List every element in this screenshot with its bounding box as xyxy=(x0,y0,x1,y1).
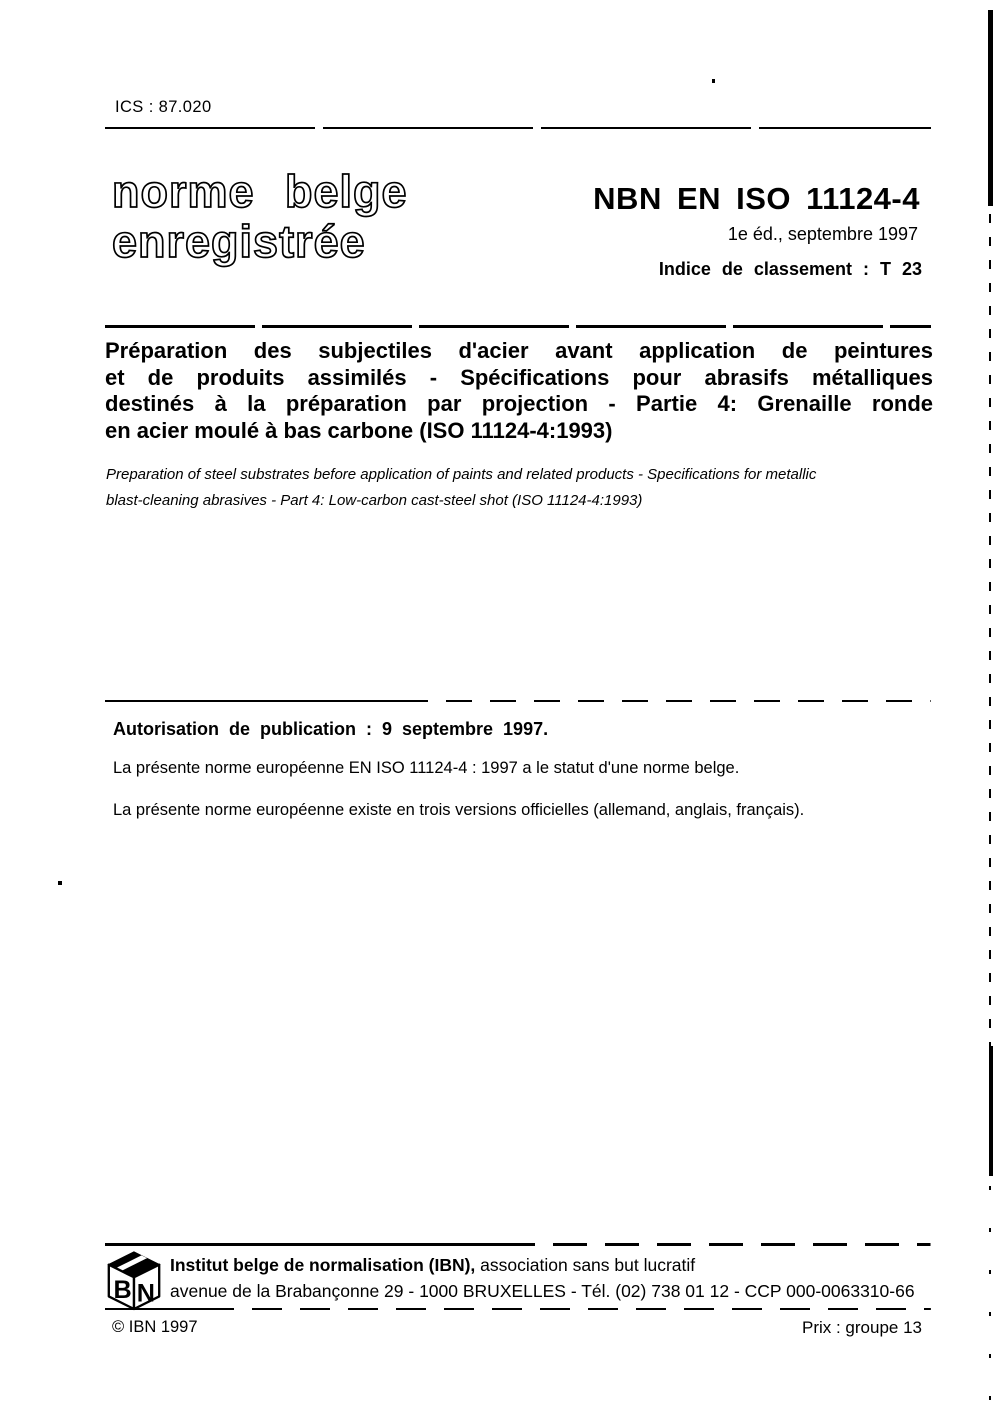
divider-authorization xyxy=(105,700,931,702)
title-english-line: blast-cleaning abrasives - Part 4: Low-c… xyxy=(106,488,956,514)
divider-footer-bottom xyxy=(105,1308,931,1310)
title-english: Preparation of steel substrates before a… xyxy=(106,462,956,514)
versions-note: La présente norme européenne existe en t… xyxy=(113,801,804,820)
price-group: Prix : groupe 13 xyxy=(802,1318,922,1338)
scan-edge-dashes-bottom xyxy=(989,1186,991,1400)
title-french-line: destinés à la préparation par projection… xyxy=(105,391,933,418)
classification-index: Indice de classement : T 23 xyxy=(659,259,922,280)
scan-edge-dashes xyxy=(989,214,991,1046)
scan-speck xyxy=(58,881,62,885)
status-note: La présente norme européenne EN ISO 1112… xyxy=(113,759,739,778)
scan-speck xyxy=(712,79,715,83)
title-french: Préparation des subjectiles d'acier avan… xyxy=(105,338,933,444)
scan-edge-bar-top xyxy=(988,10,993,206)
authorization-line: Autorisation de publication : 9 septembr… xyxy=(113,719,548,740)
institute-descriptor: association sans but lucratif xyxy=(475,1255,695,1275)
document-page: ICS : 87.020 norme belge enregistrée NBN… xyxy=(0,0,994,1404)
divider-footer-top xyxy=(105,1243,931,1246)
stamp-line-1: norme belge xyxy=(112,167,408,217)
divider-title-top xyxy=(105,325,931,328)
logo-letter-n: N xyxy=(137,1280,155,1308)
title-english-line: Preparation of steel substrates before a… xyxy=(106,462,956,488)
title-french-line: Préparation des subjectiles d'acier avan… xyxy=(105,338,933,365)
logo-letter-b: B xyxy=(113,1276,131,1304)
divider-top xyxy=(105,127,931,129)
scan-edge-bar-middle xyxy=(989,1046,993,1176)
registered-stamp: norme belge enregistrée xyxy=(112,167,408,267)
institute-name: Institut belge de normalisation (IBN), xyxy=(170,1255,475,1275)
title-french-line: et de produits assimilés - Spécification… xyxy=(105,365,933,392)
stamp-line-2: enregistrée xyxy=(112,217,408,267)
ibn-cube-logo-icon: B N xyxy=(106,1251,162,1316)
edition-date: 1e éd., septembre 1997 xyxy=(728,224,918,245)
institute-address: avenue de la Brabançonne 29 - 1000 BRUXE… xyxy=(170,1281,915,1302)
copyright-notice: © IBN 1997 xyxy=(112,1318,198,1337)
standard-number: NBN EN ISO 11124-4 xyxy=(593,181,920,217)
ics-code: ICS : 87.020 xyxy=(115,98,212,117)
title-french-line: en acier moulé à bas carbone (ISO 11124-… xyxy=(105,418,933,445)
institute-name-line: Institut belge de normalisation (IBN), a… xyxy=(170,1255,695,1276)
